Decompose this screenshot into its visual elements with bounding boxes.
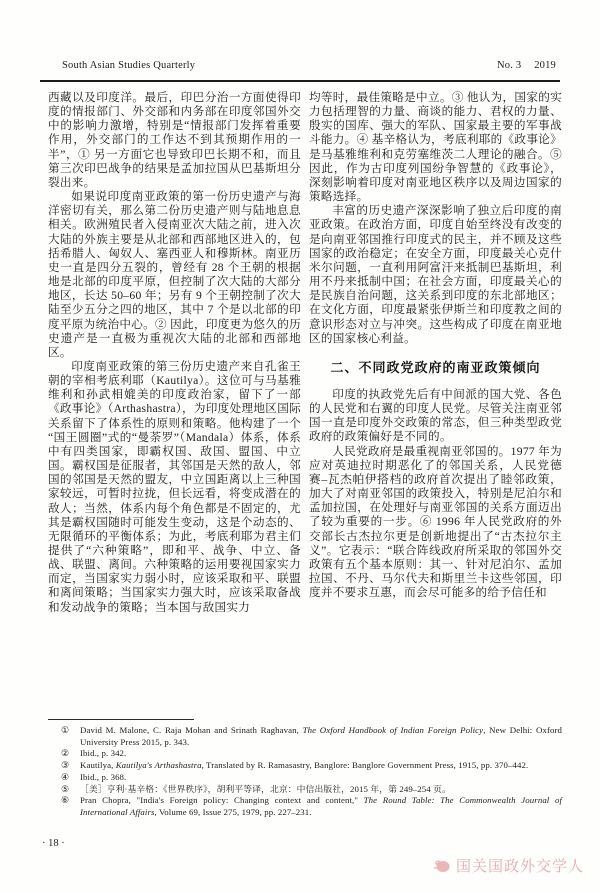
footnote-text: Ibid., p. 342. bbox=[80, 748, 562, 760]
footnote-number: ① bbox=[61, 725, 80, 748]
footnote-text-plain: David M. Malone, C. Raja Mohan and Srina… bbox=[80, 725, 303, 735]
watermark-text: 国关国政外交学人 bbox=[456, 855, 584, 876]
footnote: ④ Ibid., p. 368. bbox=[48, 772, 562, 784]
paragraph: 印度南亚政策的第三份历史遗产来自孔雀王朝的宰相考底利耶（Kautilya）。这位… bbox=[48, 360, 301, 615]
footnote-text-plain: , Volume 69, Issue 275, 1979, pp. 227–23… bbox=[155, 807, 312, 817]
footnote-text-plain: Pran Chopra, "India's Foreign policy: Ch… bbox=[80, 795, 364, 805]
footnote-text: Pran Chopra, "India's Foreign policy: Ch… bbox=[80, 795, 562, 818]
left-column: 西藏以及印度洋。最后，印巴分治一方面使得印度的情报部门、外交部和内务部在印度邻国… bbox=[48, 91, 301, 719]
footnote: ⑤ ［美］亨利·基辛格：《世界秩序》，胡利平等译，北京：中信出版社，2015 年… bbox=[48, 784, 562, 796]
paragraph: 均等时，最佳策略是中立。③ 他认为，国家的实力包括理智的力量、商谈的能力、君权的… bbox=[309, 91, 562, 204]
footnote-text-plain: Kautilya, bbox=[80, 760, 116, 770]
footnote-text-plain: ［美］亨利·基辛格：《世界秩序》，胡利平等译，北京：中信出版社，2015 年，第… bbox=[80, 784, 451, 794]
article-body: 西藏以及印度洋。最后，印巴分治一方面使得印度的情报部门、外交部和内务部在印度邻国… bbox=[48, 91, 562, 719]
footnote-text: David M. Malone, C. Raja Mohan and Srina… bbox=[80, 725, 562, 748]
issue-info: No. 3 2019 bbox=[487, 60, 556, 71]
footnote-text: Ibid., p. 368. bbox=[80, 772, 562, 784]
footnote-work-title: Kautilya's Arthashastra bbox=[116, 760, 202, 770]
footnote: ③ Kautilya, Kautilya's Arthashastra, Tra… bbox=[48, 760, 562, 772]
footnote-text-plain: , Translated by R. Ramasastry, Banglore:… bbox=[202, 760, 529, 770]
footnote: ⑥ Pran Chopra, "India's Foreign policy: … bbox=[48, 795, 562, 818]
right-column: 均等时，最佳策略是中立。③ 他认为，国家的实力包括理智的力量、商谈的能力、君权的… bbox=[309, 91, 562, 719]
footnotes-section: ① David M. Malone, C. Raja Mohan and Sri… bbox=[48, 719, 562, 819]
watermark: 国关国政外交学人 bbox=[433, 855, 584, 876]
watermark-logo-icon bbox=[433, 858, 451, 873]
paragraph: 人民党政府是最重视南亚邻国的。1977 年为应对英迪拉时期恶化了的邻国关系，人民… bbox=[309, 445, 562, 601]
footnote: ② Ibid., p. 342. bbox=[48, 748, 562, 760]
issue-year: 2019 bbox=[534, 60, 556, 71]
paragraph: 印度的执政党先后有中间派的国大党、各色的人民党和右翼的印度人民党。尽管关注南亚邻… bbox=[309, 388, 562, 445]
footnote-number: ③ bbox=[61, 760, 80, 772]
section-heading: 二、不同政党政府的南亚政策倾向 bbox=[309, 361, 562, 375]
footnote-number: ④ bbox=[61, 772, 80, 784]
footnote-text-plain: Ibid., p. 368. bbox=[80, 772, 126, 782]
footnote-text-plain: Ibid., p. 342. bbox=[80, 748, 126, 758]
footnote-work-title: The Oxford Handbook of Indian Foreign Po… bbox=[303, 725, 484, 735]
journal-title: South Asian Studies Quarterly bbox=[62, 60, 195, 71]
page-header: South Asian Studies Quarterly No. 3 2019 bbox=[62, 60, 556, 71]
page-number: · 18 · bbox=[42, 838, 65, 849]
footnote-number: ② bbox=[61, 748, 80, 760]
footnote: ① David M. Malone, C. Raja Mohan and Sri… bbox=[48, 725, 562, 748]
issue-number: No. 3 bbox=[497, 60, 521, 71]
journal-page: South Asian Studies Quarterly No. 3 2019… bbox=[0, 0, 600, 893]
paragraph: 西藏以及印度洋。最后，印巴分治一方面使得印度的情报部门、外交部和内务部在印度邻国… bbox=[48, 91, 301, 190]
header-rule bbox=[40, 80, 560, 82]
footnote-text: Kautilya, Kautilya's Arthashastra, Trans… bbox=[80, 760, 562, 772]
footnote-text: ［美］亨利·基辛格：《世界秩序》，胡利平等译，北京：中信出版社，2015 年，第… bbox=[80, 784, 562, 796]
footnote-number: ⑥ bbox=[61, 795, 80, 818]
paragraph: 丰富的历史遗产深深影响了独立后印度的南亚政策。在政治方面，印度自始至终没有改变的… bbox=[309, 204, 562, 346]
paragraph: 如果说印度南亚政策的第一份历史遗产与海洋密切有关，那么第二份历史遗产则与陆地息息… bbox=[48, 190, 301, 360]
footnote-number: ⑤ bbox=[61, 784, 80, 796]
footnote-separator-rule bbox=[48, 719, 194, 720]
